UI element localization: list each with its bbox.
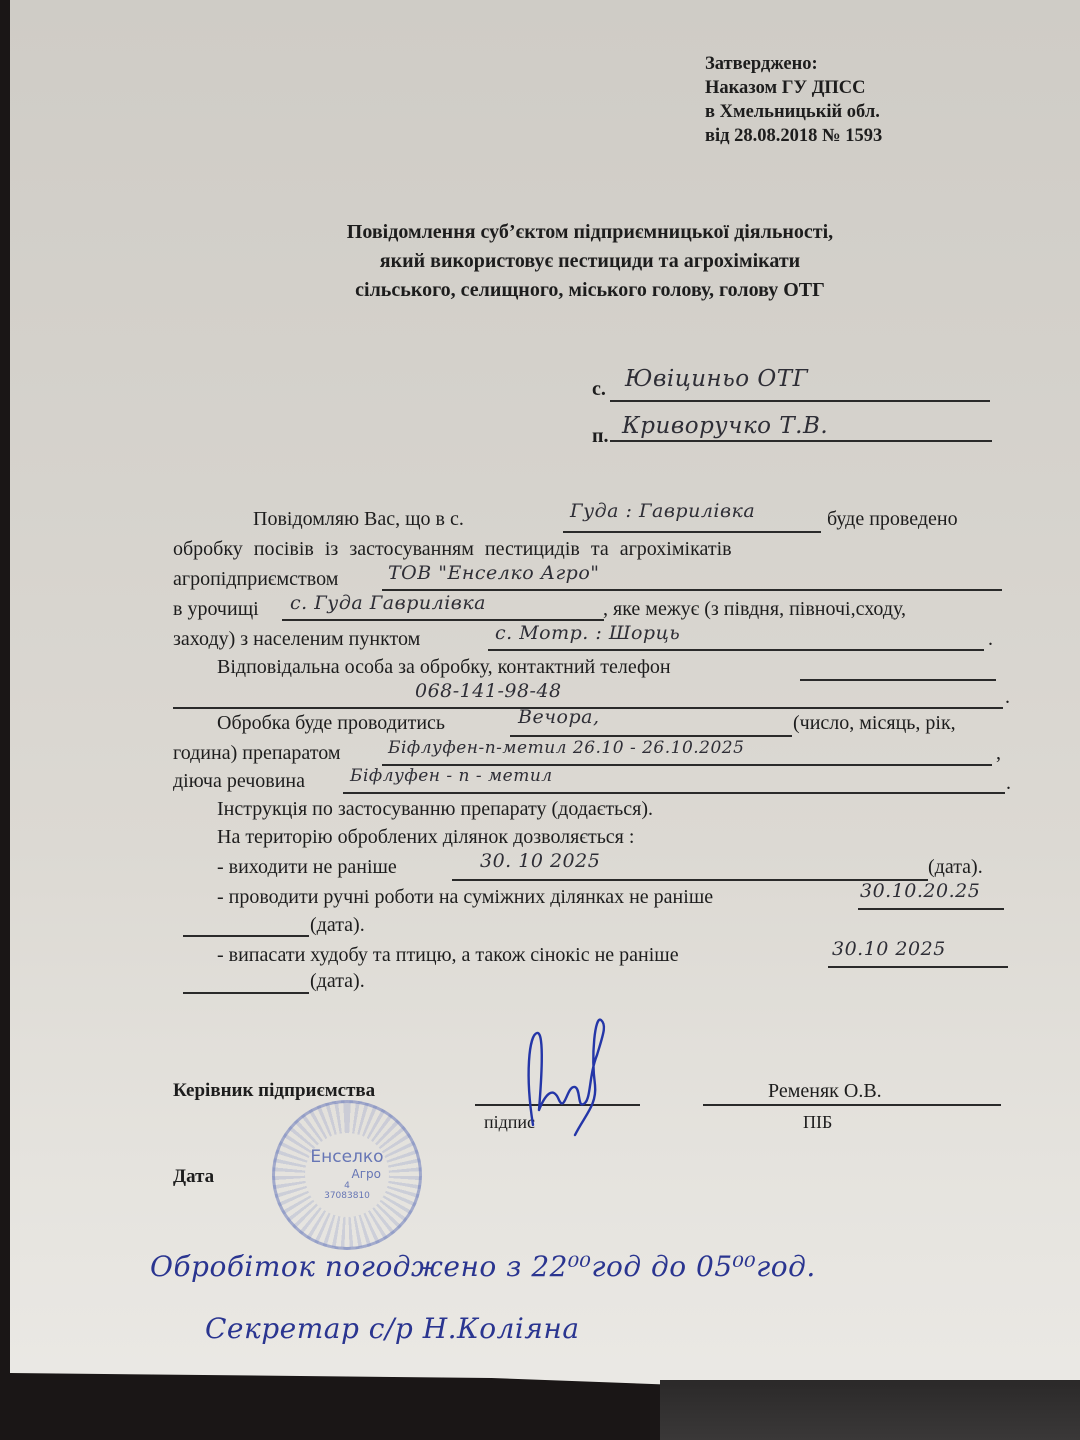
body-text: (дата). — [310, 970, 365, 993]
p-value: Криворучко Т.В. — [622, 413, 828, 439]
body-text: агропідприємством — [173, 568, 338, 591]
body-text: Інструкція по застосуванню препарату (до… — [217, 798, 653, 821]
name-caption: ПІБ — [803, 1112, 832, 1133]
handwritten-note-line1: Обробіток погоджено з 22⁰⁰год до 05⁰⁰год… — [150, 1250, 816, 1283]
tract-line — [282, 619, 604, 621]
body-text: (число, місяць, рік, — [793, 712, 956, 735]
body-text: - проводити ручні роботи на суміжних діл… — [217, 886, 713, 909]
s-field-line — [610, 400, 990, 402]
signature-scribble — [515, 1015, 615, 1140]
period: . — [988, 628, 993, 651]
exit-date-value: 30. 10 2025 — [480, 850, 600, 872]
stamp-brand: Енселко — [305, 1147, 389, 1167]
exit-date-line — [452, 879, 928, 881]
p-field-line — [610, 440, 992, 442]
body-text: заходу) з населеним пунктом — [173, 628, 420, 651]
body-text: в урочищі — [173, 598, 259, 621]
settlement-value: с. Мотр. : Шорць — [495, 622, 680, 644]
p-label: п. — [592, 425, 609, 448]
substance-line — [343, 792, 1005, 794]
substance-value: Біфлуфен - п - метил — [350, 766, 553, 786]
body-text: (дата). — [928, 856, 983, 879]
when-value: Вечора, — [518, 706, 600, 728]
stamp-code: 37083810 — [305, 1191, 389, 1201]
period: . — [1006, 772, 1011, 795]
body-text: Відповідальна особа за обробку, контактн… — [217, 656, 671, 679]
name-line — [703, 1104, 1001, 1106]
approval-line: від 28.08.2018 № 1593 — [705, 124, 882, 148]
handwritten-note-line2: Секретар с/р Н.Коліяна — [205, 1312, 580, 1345]
body-text: , яке межує (з півдня, півночі,сходу, — [603, 598, 906, 621]
body-text: Обробка буде проводитись — [217, 712, 445, 735]
graze-date-line — [828, 966, 1008, 968]
body-text: Повідомляю Вас, що в с. — [253, 508, 464, 531]
approval-line: в Хмельницькій обл. — [705, 100, 882, 124]
body-text: - випасати худобу та птицю, а також сіно… — [217, 944, 679, 967]
enterprise-value: ТОВ "Енселко Агро" — [388, 562, 600, 584]
body-text: буде проведено — [827, 508, 958, 531]
manager-name: Ременяк О.В. — [768, 1080, 882, 1103]
body-text: - виходити не раніше — [217, 856, 397, 879]
phone-line-1 — [800, 679, 996, 681]
settlement-line — [488, 649, 984, 651]
preparation-value: Біфлуфен-п-метил 26.10 - 26.10.2025 — [388, 738, 744, 758]
body-text: обробку посівів із застосуванням пестици… — [173, 538, 732, 561]
approval-block: Затверджено: Наказом ГУ ДПСС в Хмельниць… — [705, 52, 882, 148]
phone-value: 068-141-98-48 — [415, 680, 562, 702]
stamp-sub: Агро — [305, 1167, 389, 1181]
document-page: Затверджено: Наказом ГУ ДПСС в Хмельниць… — [10, 0, 1080, 1412]
body-text: діюча речовина — [173, 770, 305, 793]
title-line: сільського, селищного, міського голову, … — [180, 276, 1000, 305]
date-label: Дата — [173, 1166, 214, 1188]
village-value: Гуда : Гаврилівка — [570, 500, 755, 522]
enterprise-line — [382, 589, 1002, 591]
company-stamp: Енселко Агро 4 37083810 — [272, 1100, 422, 1250]
title-line: Повідомлення суб’єктом підприємницької д… — [180, 218, 1000, 247]
s-value: Ювіциньо ОТГ — [625, 366, 808, 392]
approval-line: Затверджено: — [705, 52, 882, 76]
body-text: година) препаратом — [173, 742, 341, 765]
comma: , — [996, 742, 1001, 765]
period: . — [1005, 686, 1010, 709]
work-date-value: 30.10.20.25 — [860, 880, 980, 902]
stamp-center: Енселко Агро 4 37083810 — [305, 1133, 389, 1217]
body-text: На територію оброблених ділянок дозволяє… — [217, 826, 634, 849]
work-date-line — [858, 908, 1004, 910]
approval-line: Наказом ГУ ДПСС — [705, 76, 882, 100]
document-title: Повідомлення суб’єктом підприємницької д… — [180, 218, 1000, 305]
background-surface — [660, 1380, 1080, 1440]
s-label: с. — [592, 378, 606, 401]
title-line: який використовує пестициди та агрохімік… — [180, 247, 1000, 276]
graze-date-line-2 — [183, 992, 309, 994]
body-text: (дата). — [310, 914, 365, 937]
work-date-line-2 — [183, 935, 309, 937]
head-label: Керівник підприємства — [173, 1080, 375, 1102]
stamp-num: 4 — [305, 1181, 389, 1191]
graze-date-value: 30.10 2025 — [832, 938, 946, 960]
village-line — [563, 531, 821, 533]
when-line — [510, 735, 792, 737]
tract-value: с. Гуда Гаврилівка — [290, 592, 486, 614]
